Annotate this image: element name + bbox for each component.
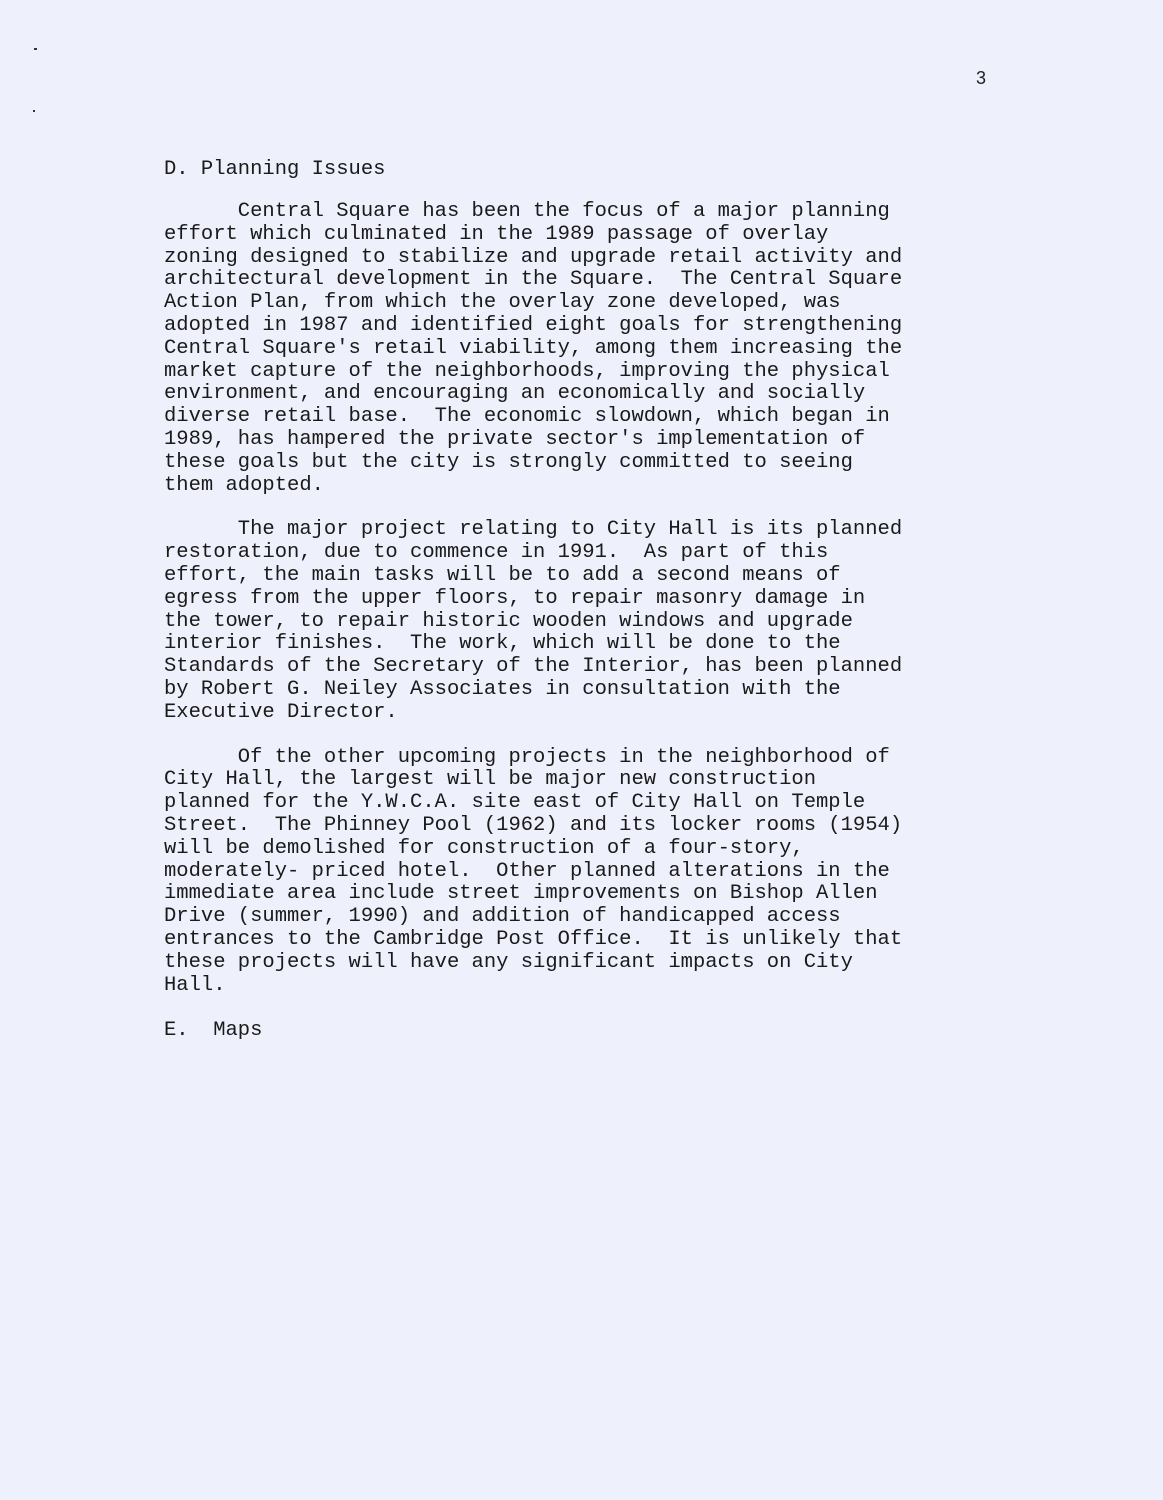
text-line: interior finishes. The work, which will …: [164, 633, 994, 656]
text-line: City Hall, the largest will be major new…: [164, 769, 994, 792]
text-line: architectural development in the Square.…: [164, 269, 994, 292]
text-line: these projects will have any significant…: [164, 952, 994, 975]
paragraph-upcoming-projects: Of the other upcoming projects in the ne…: [164, 747, 994, 998]
text-line: them adopted.: [164, 475, 994, 498]
text-line: environment, and encouraging an economic…: [164, 383, 994, 406]
text-line: market capture of the neighborhoods, imp…: [164, 361, 994, 384]
text-line: will be demolished for construction of a…: [164, 838, 994, 861]
text-line: diverse retail base. The economic slowdo…: [164, 406, 994, 429]
text-line: Action Plan, from which the overlay zone…: [164, 292, 994, 315]
paragraph-city-hall-restoration: The major project relating to City Hall …: [164, 519, 994, 724]
text-line: zoning designed to stabilize and upgrade…: [164, 247, 994, 270]
page-number: 3: [976, 68, 986, 89]
text-line: Standards of the Secretary of the Interi…: [164, 656, 994, 679]
text-line: Central Square's retail viability, among…: [164, 338, 994, 361]
text-line: planned for the Y.W.C.A. site east of Ci…: [164, 792, 994, 815]
text-line: the tower, to repair historic wooden win…: [164, 611, 994, 634]
text-line: these goals but the city is strongly com…: [164, 452, 994, 475]
text-line: moderately- priced hotel. Other planned …: [164, 861, 994, 884]
text-line: restoration, due to commence in 1991. As…: [164, 542, 994, 565]
text-line: entrances to the Cambridge Post Office. …: [164, 929, 994, 952]
text-line: 1989, has hampered the private sector's …: [164, 429, 994, 452]
text-line: adopted in 1987 and identified eight goa…: [164, 315, 994, 338]
scan-speck: [33, 110, 35, 112]
section-heading-planning-issues: D. Planning Issues: [164, 158, 994, 181]
paragraph-central-square: Central Square has been the focus of a m…: [164, 201, 994, 497]
text-line: effort, the main tasks will be to add a …: [164, 565, 994, 588]
text-line: The major project relating to City Hall …: [164, 519, 994, 542]
text-line: Central Square has been the focus of a m…: [164, 201, 994, 224]
text-line: by Robert G. Neiley Associates in consul…: [164, 679, 994, 702]
text-line: Street. The Phinney Pool (1962) and its …: [164, 815, 994, 838]
text-line: Of the other upcoming projects in the ne…: [164, 747, 994, 770]
text-line: Drive (summer, 1990) and addition of han…: [164, 906, 994, 929]
text-line: immediate area include street improvemen…: [164, 883, 994, 906]
text-line: Hall.: [164, 975, 994, 998]
section-heading-maps: E. Maps: [164, 1019, 994, 1042]
scan-speck: [34, 48, 37, 50]
text-line: Executive Director.: [164, 702, 994, 725]
text-line: egress from the upper floors, to repair …: [164, 588, 994, 611]
text-line: effort which culminated in the 1989 pass…: [164, 224, 994, 247]
document-body: D. Planning Issues Central Square has be…: [164, 158, 994, 1042]
